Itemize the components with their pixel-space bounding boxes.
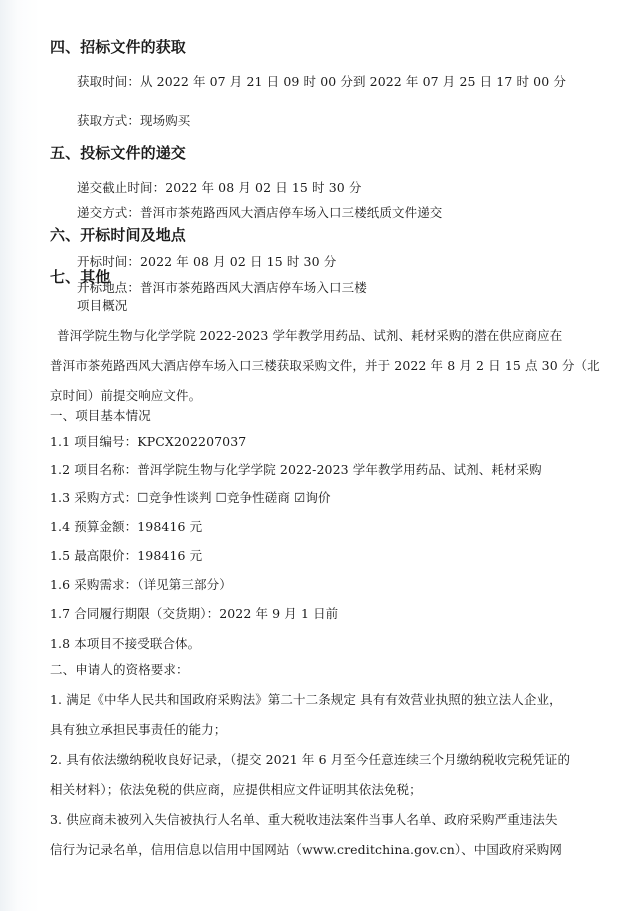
overview-label: 项目概况 <box>77 298 127 314</box>
qualification-line-3: 2. 具有依法缴纳税收良好记录，（提交 2021 年 6 月至今任意连续三个月缴… <box>50 752 570 768</box>
project-name: 1.2 项目名称：普洱学院生物与化学学院 2022-2023 学年教学用药品、试… <box>50 462 542 478</box>
option-competitive-negotiation: 竞争性谈判 <box>149 490 212 505</box>
procurement-method-label: 1.3 采购方式： <box>50 490 137 505</box>
overview-line-3: 京时间）前提交响应文件。 <box>50 388 201 404</box>
option-competitive-consultation: 竞争性磋商 <box>227 490 290 505</box>
checkbox-inquiry: ☑ <box>294 490 305 506</box>
opening-time: 开标时间：2022 年 08 月 02 日 15 时 30 分 <box>77 254 336 270</box>
qualification-line-4: 相关材料）；依法免税的供应商，应提供相应文件证明其依法免税； <box>50 782 422 798</box>
submission-deadline: 递交截止时间：2022 年 08 月 02 日 15 时 30 分 <box>77 180 362 196</box>
basic-info-heading: 一、项目基本情况 <box>50 408 151 424</box>
procurement-method-row: 1.3 采购方式：☐竞争性谈判 ☐竞争性磋商 ☑询价 <box>50 490 331 506</box>
procurement-requirements: 1.6 采购需求：（详见第三部分） <box>50 577 232 593</box>
acquisition-method: 获取方式：现场购买 <box>77 113 190 129</box>
contract-period: 1.7 合同履行期限（交货期）：2022 年 9 月 1 日前 <box>50 606 338 622</box>
overview-line-1: 普洱学院生物与化学学院 2022-2023 学年教学用药品、试剂、耗材采购的潜在… <box>57 328 562 344</box>
qualification-line-6: 信行为记录名单，信用信息以信用中国网站（www.creditchina.gov.… <box>50 842 562 858</box>
section-5-heading: 五、投标文件的递交 <box>50 144 186 162</box>
project-number: 1.1 项目编号：KPCX202207037 <box>50 434 246 450</box>
qualifications-heading: 二、申请人的资格要求： <box>50 662 189 678</box>
option-inquiry: 询价 <box>305 490 330 505</box>
acquisition-time: 获取时间：从 2022 年 07 月 21 日 09 时 00 分到 2022 … <box>77 74 566 90</box>
qualification-line-2: 具有独立承担民事责任的能力； <box>50 722 226 738</box>
opening-place: 开标地点：普洱市茶苑路西风大酒店停车场入口三楼 <box>77 280 367 296</box>
section-6-heading: 六、开标时间及地点 <box>50 226 186 244</box>
section-4-heading: 四、招标文件的获取 <box>50 38 186 56</box>
overview-line-2: 普洱市茶苑路西风大酒店停车场入口三楼获取采购文件，并于 2022 年 8 月 2… <box>50 358 600 374</box>
budget-amount: 1.4 预算金额：198416 元 <box>50 519 202 535</box>
checkbox-competitive-consultation: ☐ <box>216 490 227 506</box>
section-7-heading: 七、其他 <box>50 268 110 286</box>
no-consortium: 1.8 本项目不接受联合体。 <box>50 636 200 652</box>
submission-method: 递交方式：普洱市茶苑路西风大酒店停车场入口三楼纸质文件递交 <box>77 205 442 221</box>
max-price: 1.5 最高限价：198416 元 <box>50 548 202 564</box>
qualification-line-5: 3. 供应商未被列入失信被执行人名单、重大税收违法案件当事人名单、政府采购严重违… <box>50 812 558 828</box>
qualification-line-1: 1. 满足《中华人民共和国政府采购法》第二十二条规定 具有有效营业执照的独立法人… <box>50 692 562 708</box>
checkbox-competitive-negotiation: ☐ <box>137 490 148 506</box>
